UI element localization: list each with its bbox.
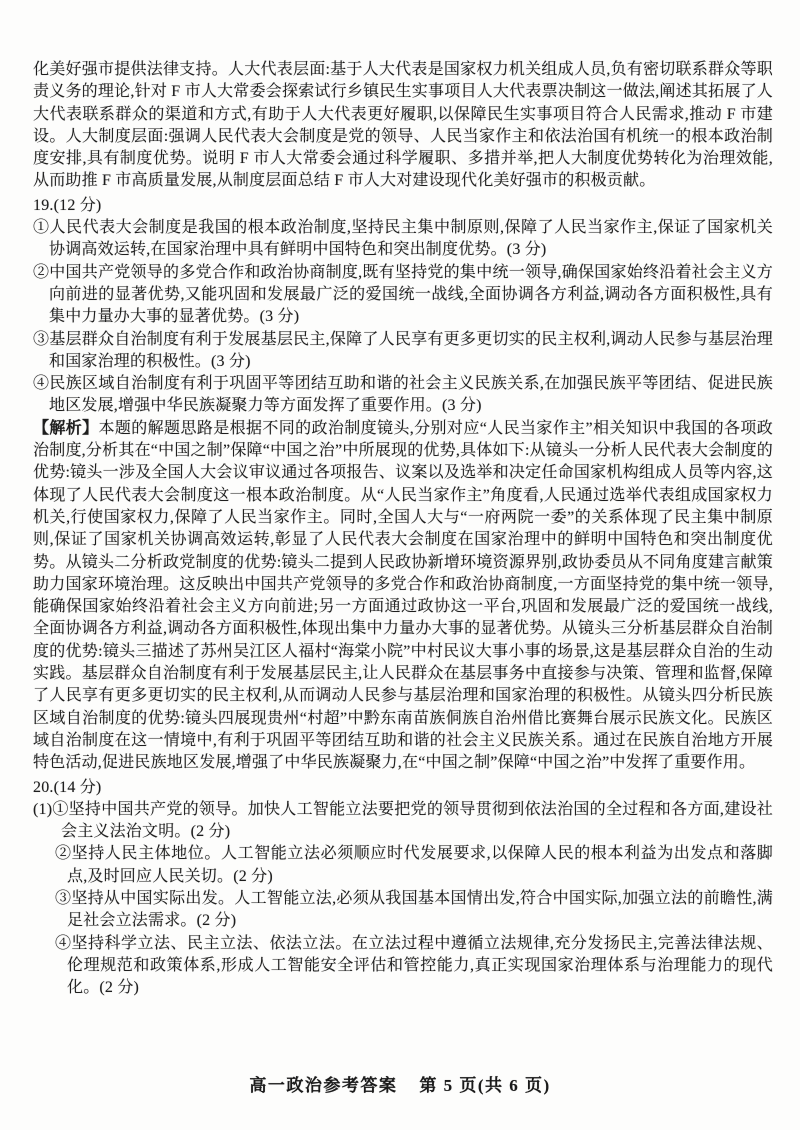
footer-title: 高一政治参考答案 — [249, 1076, 397, 1095]
question-20-heading: 20.(14 分) — [33, 777, 773, 799]
scanned-answer-page: 化美好强市提供法律支持。人大代表层面:基于人大代表是国家权力机关组成人员,负有密… — [0, 0, 800, 1130]
item-prefix: (1)① — [33, 801, 69, 818]
item-text: 基层群众自治制度有利于发展基层民主,保障了人民享有更多更切实的民主权利,调动人民… — [49, 331, 773, 370]
question-19-item-2: ②中国共产党领导的多党合作和政治协商制度,既有坚持党的集中统一领导,确保国家始终… — [33, 262, 773, 329]
footer-page-number: 第 5 页(共 6 页) — [419, 1076, 550, 1095]
analysis-label: 【解析】 — [33, 420, 99, 437]
item-prefix: ② — [55, 845, 72, 862]
question-20-item-4: ④坚持科学立法、民主立法、依法立法。在立法过程中遵循立法规律,充分发扬民主,完善… — [55, 933, 773, 1000]
question-19-item-4: ④民族区域自治制度有利于巩固平等团结互助和谐的社会主义民族关系,在加强民族平等团… — [33, 373, 773, 418]
question-20-item-1: (1)①坚持中国共产党的领导。加快人工智能立法要把党的领导贯彻到依法治国的全过程… — [33, 799, 773, 844]
question-19-heading: 19.(12 分) — [33, 195, 773, 217]
item-text: 坚持从中国实际出发。人工智能立法,必须从我国基本国情出发,符合中国实际,加强立法… — [67, 890, 773, 929]
continuation-paragraph: 化美好强市提供法律支持。人大代表层面:基于人大代表是国家权力机关组成人员,负有密… — [33, 59, 773, 193]
question-19-item-3: ③基层群众自治制度有利于发展基层民主,保障了人民享有更多更切实的民主权利,调动人… — [33, 329, 773, 374]
item-text: 民族区域自治制度有利于巩固平等团结互助和谐的社会主义民族关系,在加强民族平等团结… — [49, 375, 773, 414]
page-footer: 高一政治参考答案第 5 页(共 6 页) — [0, 1071, 800, 1096]
item-marker: ④ — [33, 375, 49, 392]
item-marker: ① — [33, 219, 50, 236]
item-prefix: ③ — [55, 890, 71, 907]
item-marker: ② — [33, 264, 49, 281]
item-text: 坚持人民主体地位。人工智能立法必须顺应时代发展要求,以保障人民的根本利益为出发点… — [67, 845, 773, 884]
item-text: 人民代表大会制度是我国的根本政治制度,坚持民主集中制原则,保障了人民当家作主,保… — [49, 219, 773, 258]
question-19-analysis: 【解析】本题的解题思路是根据不同的政治制度镜头,分别对应“人民当家作主”相关知识… — [33, 418, 773, 775]
question-20-item-3: ③坚持从中国实际出发。人工智能立法,必须从我国基本国情出发,符合中国实际,加强立… — [55, 888, 773, 933]
item-text: 中国共产党领导的多党合作和政治协商制度,既有坚持党的集中统一领导,确保国家始终沿… — [49, 264, 773, 326]
item-prefix: ④ — [55, 935, 72, 952]
analysis-text: 本题的解题思路是根据不同的政治制度镜头,分别对应“人民当家作主”相关知识中我国的… — [33, 420, 773, 771]
question-20-item-2: ②坚持人民主体地位。人工智能立法必须顺应时代发展要求,以保障人民的根本利益为出发… — [55, 843, 773, 888]
item-text: 坚持中国共产党的领导。加快人工智能立法要把党的领导贯彻到依法治国的全过程和各方面… — [61, 801, 773, 840]
item-text: 坚持科学立法、民主立法、依法立法。在立法过程中遵循立法规律,充分发扬民主,完善法… — [67, 935, 773, 997]
item-marker: ③ — [33, 331, 49, 348]
question-19-item-1: ①人民代表大会制度是我国的根本政治制度,坚持民主集中制原则,保障了人民当家作主,… — [33, 217, 773, 262]
answer-body: 化美好强市提供法律支持。人大代表层面:基于人大代表是国家权力机关组成人员,负有密… — [33, 59, 773, 999]
